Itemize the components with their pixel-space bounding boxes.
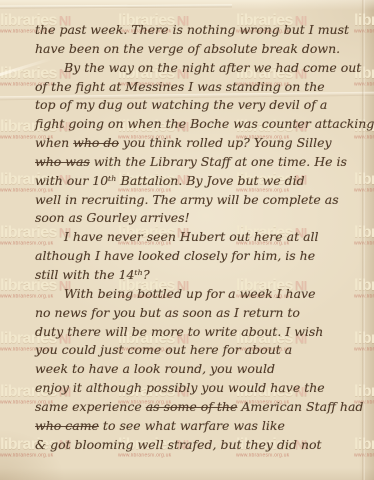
letter-line-text: American Staff had (237, 399, 363, 414)
letter-line-struck-text: who do (73, 135, 119, 150)
letter-line-text: same experience (35, 399, 146, 414)
watermark-text: librariesNI (354, 438, 374, 452)
letter-line: the past week. There is nothing wrong bu… (35, 21, 357, 40)
watermark-text: librariesNI (354, 279, 374, 293)
letter-line-text: fight going on when the Boche was counte… (35, 116, 374, 131)
watermark-url: www.librariesni.org.uk (354, 29, 374, 34)
letter-line: who came to see what warfare was like (35, 417, 357, 436)
letter-line-text: soon as Gourley arrives! (35, 210, 190, 225)
letter-line: well in recruiting. The army will be com… (35, 191, 357, 210)
letter-line-text: with our 10ᵗʰ Battalion. By Jove but we … (35, 173, 305, 188)
letter-line: with our 10ᵗʰ Battalion. By Jove but we … (35, 172, 357, 191)
letter-line-text: week to have a look round, you would (35, 361, 275, 376)
letter-line-text: By the way on the night after we had com… (64, 60, 361, 75)
letter-line-text: you think rolled up? Young Silley (119, 135, 332, 150)
watermark-tile: librariesNIwww.librariesni.org.uk (354, 226, 374, 247)
letter-line-text: duty there will be more to write about. … (35, 324, 323, 339)
letter-body: the past week. There is nothing wrong bu… (35, 21, 357, 454)
letter-line: With being bottled up for a week I have (35, 285, 357, 304)
watermark-url: www.librariesni.org.uk (354, 347, 374, 352)
letter-line-text: to see what warfare was like (99, 418, 285, 433)
letter-line-struck-text: as some of the (146, 399, 238, 414)
letter-line: who was with the Library Staff at one ti… (35, 153, 357, 172)
watermark-url: www.librariesni.org.uk (354, 294, 374, 299)
letter-line-text: have been on the verge of absolute break… (35, 41, 340, 56)
letter-line-text: enjoy it although possibly you would hav… (35, 380, 325, 395)
watermark-url: www.librariesni.org.uk (354, 135, 374, 140)
letter-line: same experience as some of the American … (35, 398, 357, 417)
letter-line: of the fight at Messines I was standing … (35, 78, 357, 97)
letter-line-text: & got blooming well strafed, but they di… (35, 437, 322, 452)
letter-line-text: of the fight at Messines I was standing … (35, 79, 325, 94)
watermark-text: librariesNI (354, 173, 374, 187)
letter-line: duty there will be more to write about. … (35, 323, 357, 342)
letter-line-struck-text: who was (35, 154, 90, 169)
letter-line: week to have a look round, you would (35, 360, 357, 379)
letter-line: fight going on when the Boche was counte… (35, 115, 357, 134)
letter-line-text: you could just come out here for about a (35, 342, 292, 357)
letter-line-text: still with the 14ᵗʰ? (35, 267, 150, 282)
letter-line: & got blooming well strafed, but they di… (35, 436, 357, 455)
letter-line: have been on the verge of absolute break… (35, 40, 357, 59)
letter-line: By the way on the night after we had com… (35, 59, 357, 78)
letter-line: top of my dug out watching the very devi… (35, 96, 357, 115)
letter-page: librariesNIwww.librariesni.org.uklibrari… (0, 0, 374, 480)
letter-line-text: top of my dug out watching the very devi… (35, 97, 327, 112)
watermark-text: librariesNI (354, 14, 374, 28)
letter-line: soon as Gourley arrives! (35, 209, 357, 228)
watermark-tile: librariesNIwww.librariesni.org.uk (354, 279, 374, 300)
letter-line-text: well in recruiting. The army will be com… (35, 192, 339, 207)
letter-line-text: when (35, 135, 73, 150)
letter-line: although I have looked closely for him, … (35, 247, 357, 266)
watermark-tile: librariesNIwww.librariesni.org.uk (354, 332, 374, 353)
watermark-tile: librariesNIwww.librariesni.org.uk (354, 438, 374, 459)
watermark-text: librariesNI (354, 385, 374, 399)
watermark-text: librariesNI (354, 332, 374, 346)
letter-line: enjoy it although possibly you would hav… (35, 379, 357, 398)
letter-line-text: with the Library Staff at one time. He i… (90, 154, 347, 169)
letter-line: you could just come out here for about a (35, 341, 357, 360)
letter-line-struck-text: who came (35, 418, 99, 433)
letter-line: no news for you but as soon as I return … (35, 304, 357, 323)
watermark-text: librariesNI (354, 226, 374, 240)
letter-line: I have never seen Hubert out here at all (35, 228, 357, 247)
letter-line: when who do you think rolled up? Young S… (35, 134, 357, 153)
watermark-url: www.librariesni.org.uk (354, 453, 374, 458)
letter-line: still with the 14ᵗʰ? (35, 266, 357, 285)
watermark-tile: librariesNIwww.librariesni.org.uk (354, 173, 374, 194)
watermark-tile: librariesNIwww.librariesni.org.uk (354, 14, 374, 35)
letter-line-text: With being bottled up for a week I have (64, 286, 316, 301)
letter-line-text: although I have looked closely for him, … (35, 248, 315, 263)
watermark-url: www.librariesni.org.uk (354, 82, 374, 87)
watermark-url: www.librariesni.org.uk (354, 188, 374, 193)
letter-line-text: no news for you but as soon as I return … (35, 305, 300, 320)
letter-line-text: I have never seen Hubert out here at all (64, 229, 319, 244)
letter-line-text: the past week. There is nothing wrong bu… (35, 22, 349, 37)
watermark-url: www.librariesni.org.uk (354, 241, 374, 246)
